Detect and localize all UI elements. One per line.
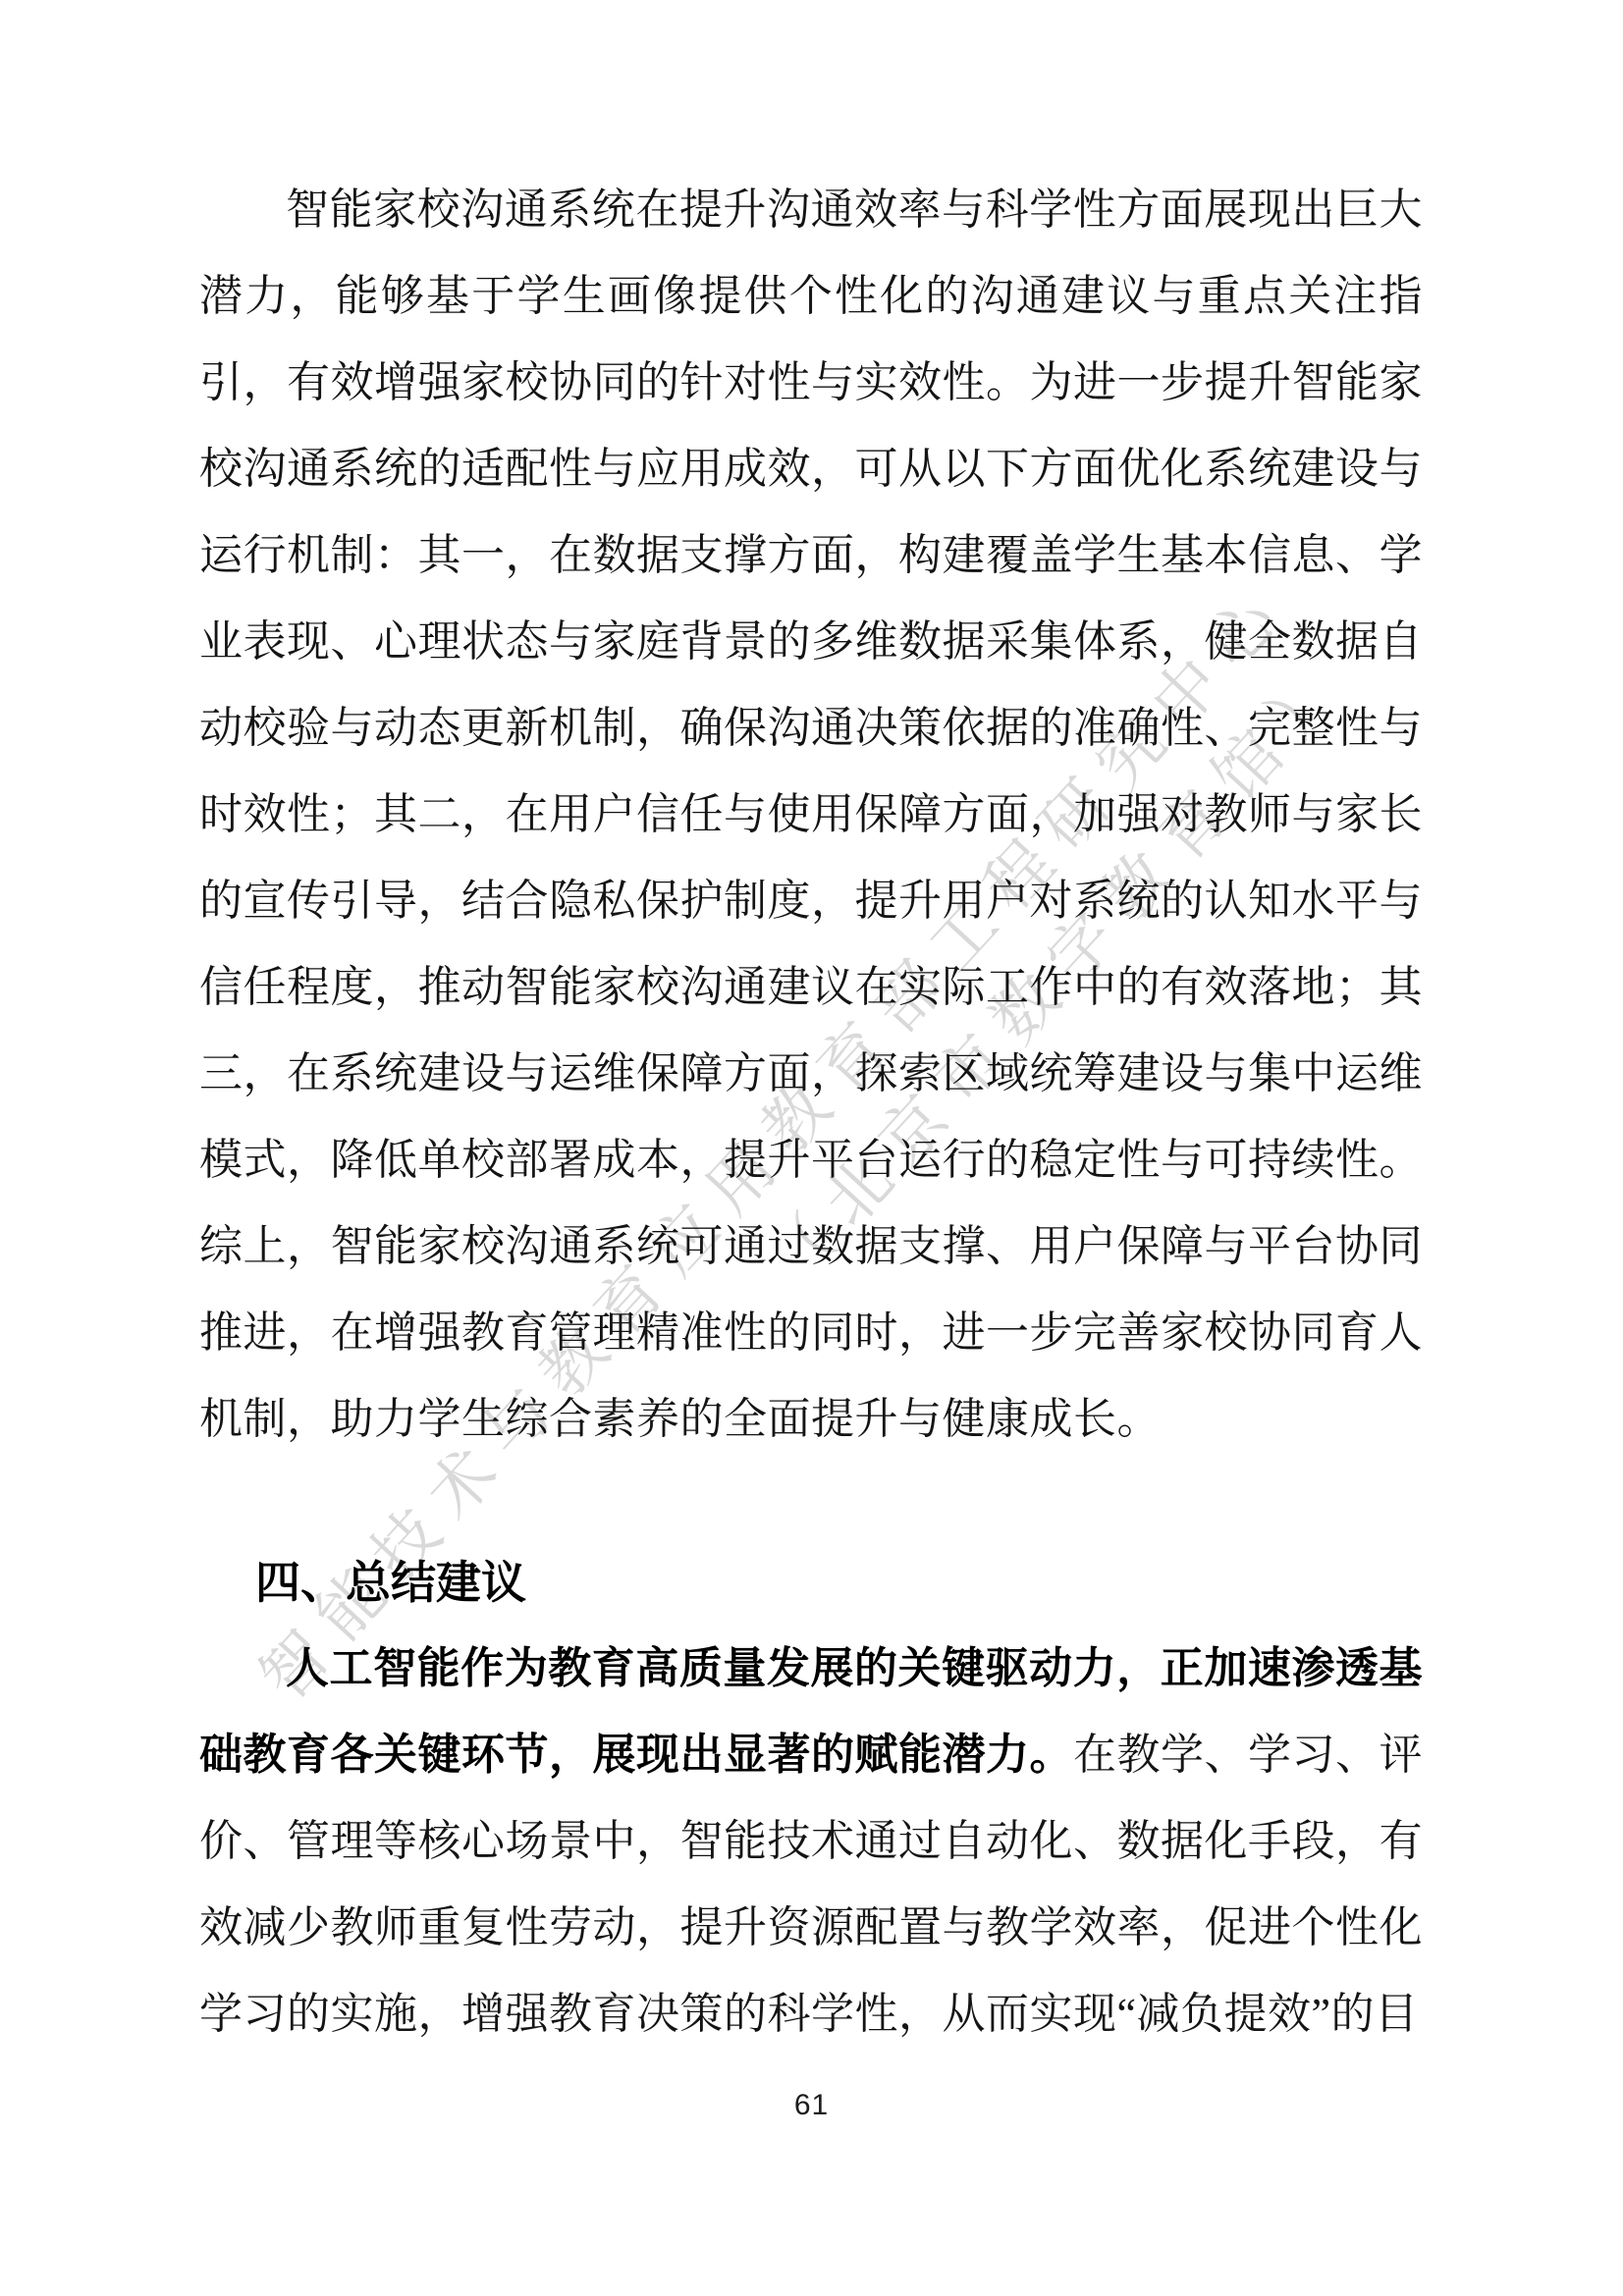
page-body: 智能家校沟通系统在提升沟通效率与科学性方面展现出巨大潜力，能够基于学生画像提供个… (199, 167, 1423, 2057)
paragraph-summary: 人工智能作为教育高质量发展的关键驱动力，正加速渗透基础教育各关键环节，展现出显著… (199, 1626, 1423, 2057)
paragraph-family-school-system: 智能家校沟通系统在提升沟通效率与科学性方面展现出巨大潜力，能够基于学生画像提供个… (199, 167, 1423, 1463)
section-heading-summary-suggestions: 四、总结建议 (199, 1539, 1423, 1626)
document-page: 智能技术与教育应用教育部工程研究中心 （北京市数字教育馆） 智能家校沟通系统在提… (0, 0, 1623, 2296)
page-number: 61 (794, 2089, 829, 2121)
page-footer: 61 (0, 2089, 1623, 2122)
